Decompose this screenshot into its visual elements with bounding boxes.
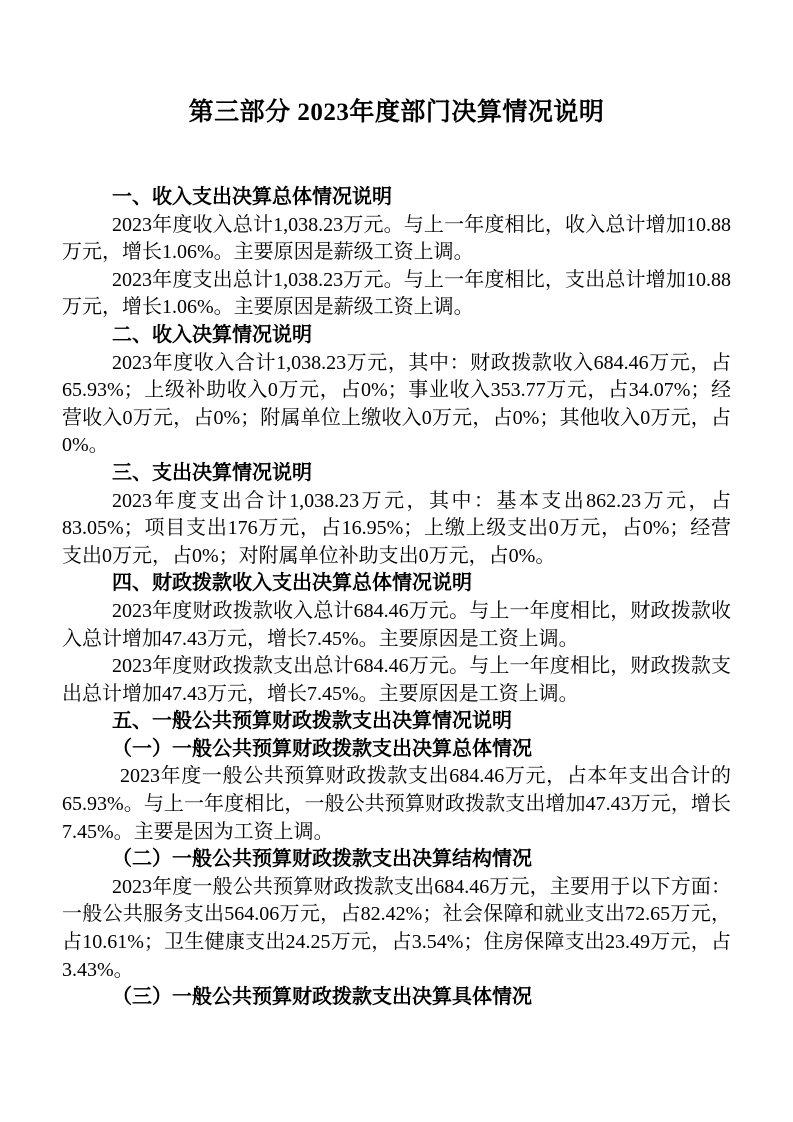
document-title: 第三部分 2023年度部门决算情况说明 <box>62 96 731 129</box>
subheading-5-3-specific-situation: （三）一般公共预算财政拨款支出决算具体情况 <box>62 984 731 1012</box>
heading-section-4-fiscal-appropriation-overview: 四、财政拨款收入支出决算总体情况说明 <box>62 570 731 598</box>
paragraph-expense-breakdown: 2023年度支出合计1,038.23万元，其中：基本支出862.23万元，占83… <box>62 488 731 571</box>
heading-section-2-income-detail: 二、收入决算情况说明 <box>62 322 731 350</box>
paragraph-public-budget-overall: 2023年度一般公共预算财政拨款支出684.46万元，占本年支出合计的65.93… <box>62 763 731 846</box>
document-page: 第三部分 2023年度部门决算情况说明 一、收入支出决算总体情况说明 2023年… <box>0 0 793 1122</box>
paragraph-total-income: 2023年度收入总计1,038.23万元。与上一年度相比，收入总计增加10.88… <box>62 212 731 267</box>
subheading-5-2-structure-situation: （二）一般公共预算财政拨款支出决算结构情况 <box>62 846 731 874</box>
heading-section-1-income-expense-overview: 一、收入支出决算总体情况说明 <box>62 184 731 212</box>
paragraph-fiscal-expense: 2023年度财政拨款支出总计684.46万元。与上一年度相比，财政拨款支出总计增… <box>62 653 731 708</box>
paragraph-income-breakdown: 2023年度收入合计1,038.23万元，其中：财政拨款收入684.46万元，占… <box>62 350 731 460</box>
document-body: 一、收入支出决算总体情况说明 2023年度收入总计1,038.23万元。与上一年… <box>62 184 731 1012</box>
paragraph-fiscal-income: 2023年度财政拨款收入总计684.46万元。与上一年度相比，财政拨款收入总计增… <box>62 598 731 653</box>
subheading-5-1-overall-situation: （一）一般公共预算财政拨款支出决算总体情况 <box>62 736 731 764</box>
heading-section-5-public-budget-expense: 五、一般公共预算财政拨款支出决算情况说明 <box>62 708 731 736</box>
paragraph-public-budget-structure: 2023年度一般公共预算财政拨款支出684.46万元，主要用于以下方面：一般公共… <box>62 874 731 984</box>
heading-section-3-expense-detail: 三、支出决算情况说明 <box>62 460 731 488</box>
paragraph-total-expense: 2023年度支出总计1,038.23万元。与上一年度相比，支出总计增加10.88… <box>62 267 731 322</box>
